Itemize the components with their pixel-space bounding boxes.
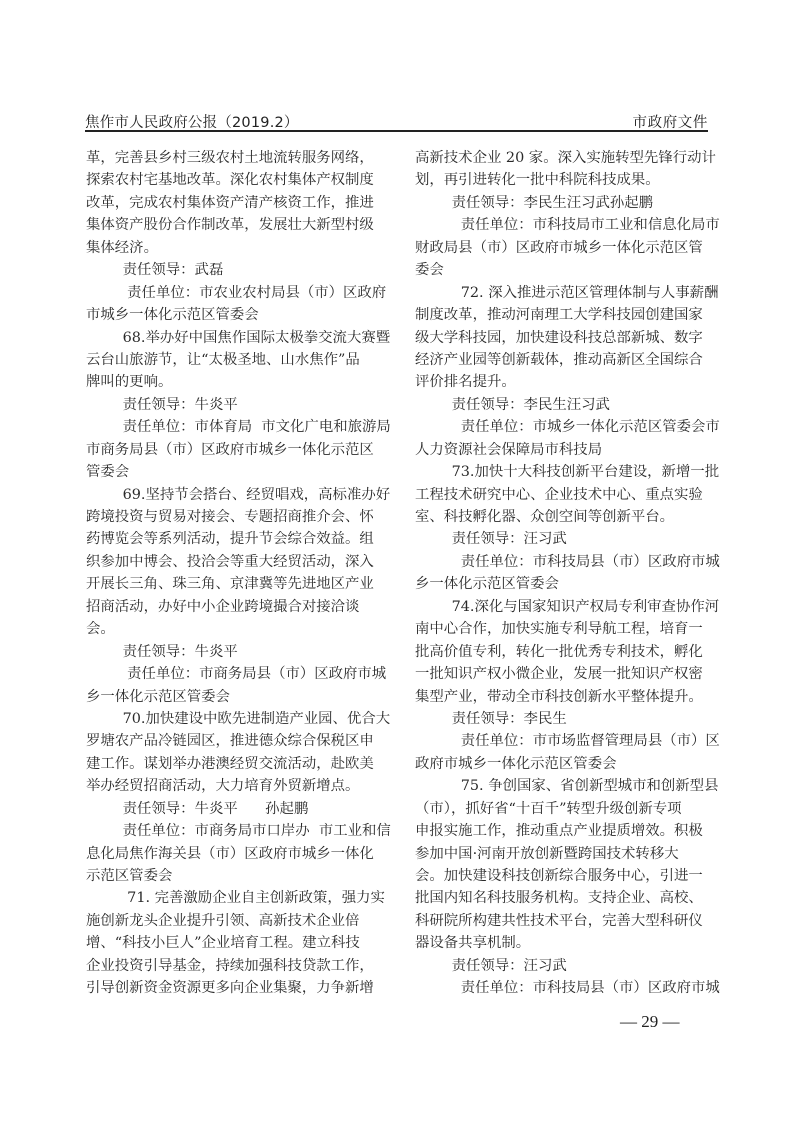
text-line: 经济产业园等创新载体，推动高新区全国综合 — [415, 349, 711, 371]
text-line: 牌叫的更响。 — [86, 371, 382, 393]
running-header: 焦作市人民政府公报（2019.2） 市政府文件 — [85, 108, 708, 130]
text-line: 参加中国·河南开放创新暨跨国技术转移大 — [415, 843, 711, 865]
text-line: 南中心合作，加快实施专利导航工程，培育一 — [415, 618, 711, 640]
text-line: 责任单位：市科技局市工业和信息化局市 — [415, 214, 711, 236]
text-line: 责任单位：市城乡一体化示范区管委会市 — [415, 416, 711, 438]
text-line: 责任单位：市市场监督管理局县（市）区 — [415, 730, 711, 752]
text-line: 器设备共享机制。 — [415, 932, 711, 954]
text-line: 革，完善县乡村三级农村土地流转服务网络， — [86, 147, 382, 169]
text-line: 70.加快建设中欧先进制造产业园、优合大 — [86, 708, 382, 730]
text-line: 开展长三角、珠三角、京津冀等先进地区产业 — [86, 573, 382, 595]
text-line: 责任单位：市体育局 市文化广电和旅游局 — [86, 416, 382, 438]
text-line: 责任单位：市科技局县（市）区政府市城 — [415, 551, 711, 573]
text-line: 责任领导：汪习武 — [415, 955, 711, 977]
text-line: 委会 — [415, 259, 711, 281]
text-line: 施创新龙头企业提升引领、高新技术企业倍 — [86, 910, 382, 932]
text-line: 责任领导：牛炎平 孙起鹏 — [86, 798, 382, 820]
text-line: 73.加快十大科技创新平台建设，新增一批 — [415, 461, 711, 483]
text-line: 责任领导：牛炎平 — [86, 641, 382, 663]
text-line: 探索农村宅基地改革。深化农村集体产权制度 — [86, 169, 382, 191]
text-line: 责任领导：牛炎平 — [86, 394, 382, 416]
text-line: 责任单位：市农业农村局县（市）区政府 — [86, 282, 382, 304]
text-line: 工程技术研究中心、企业技术中心、重点实验 — [415, 484, 711, 506]
text-line: 招商活动，办好中小企业跨境撮合对接洽谈 — [86, 596, 382, 618]
text-line: 责任领导：武磊 — [86, 259, 382, 281]
text-line: 建工作。谋划举办港澳经贸交流活动，赴欧美 — [86, 753, 382, 775]
header-rule — [85, 130, 708, 132]
text-line: 集型产业，带动全市科技创新水平整体提升。 — [415, 686, 711, 708]
text-line: 批国内知名科技服务机构。支持企业、高校、 — [415, 887, 711, 909]
text-line: 市商务局县（市）区政府市城乡一体化示范区 — [86, 439, 382, 461]
text-line: 责任单位：市科技局县（市）区政府市城 — [415, 977, 711, 999]
text-line: 一批知识产权小微企业，发展一批知识产权密 — [415, 663, 711, 685]
text-line: 改革，完成农村集体资产清产核资工作，推进 — [86, 192, 382, 214]
text-line: 制度改革，推动河南理工大学科技园创建国家 — [415, 304, 711, 326]
text-line: 人力资源社会保障局市科技局 — [415, 439, 711, 461]
text-line: 责任领导：汪习武 — [415, 528, 711, 550]
left-column: 革，完善县乡村三级农村土地流转服务网络，探索农村宅基地改革。深化农村集体产权制度… — [86, 147, 382, 1000]
text-line: 举办经贸招商活动，大力培育外贸新增点。 — [86, 775, 382, 797]
text-line: 68.举办好中国焦作国际太极拳交流大赛暨 — [86, 327, 382, 349]
text-line: 评价排名提升。 — [415, 371, 711, 393]
text-line: 管委会 — [86, 461, 382, 483]
text-line: 乡一体化示范区管委会 — [86, 686, 382, 708]
text-line: 69.坚持节会搭台、经贸唱戏，高标准办好 — [86, 484, 382, 506]
text-line: 科研院所构建共性技术平台，完善大型科研仪 — [415, 910, 711, 932]
text-line: 政府市城乡一体化示范区管委会 — [415, 753, 711, 775]
right-column: 高新技术企业 20 家。深入实施转型先锋行动计划，再引进转化一批中科院科技成果。… — [415, 147, 711, 1000]
text-line: 引导创新资金资源更多向企业集聚，力争新增 — [86, 977, 382, 999]
text-line: 示范区管委会 — [86, 865, 382, 887]
text-line: 会。加快建设科技创新综合服务中心，引进一 — [415, 865, 711, 887]
text-line: 划，再引进转化一批中科院科技成果。 — [415, 169, 711, 191]
text-line: 罗塘农产品冷链园区，推进德众综合保税区申 — [86, 730, 382, 752]
text-line: 责任单位：市商务局县（市）区政府市城 — [86, 663, 382, 685]
text-line: 责任领导：李民生汪习武孙起鹏 — [415, 192, 711, 214]
text-line: 室、科技孵化器、众创空间等创新平台。 — [415, 506, 711, 528]
text-line: 责任领导：李民生汪习武 — [415, 394, 711, 416]
text-line: 会。 — [86, 618, 382, 640]
text-line: 乡一体化示范区管委会 — [415, 573, 711, 595]
text-line: 责任领导：李民生 — [415, 708, 711, 730]
text-line: 企业投资引导基金，持续加强科技贷款工作， — [86, 955, 382, 977]
text-line: 息化局焦作海关县（市）区政府市城乡一体化 — [86, 843, 382, 865]
text-line: 71. 完善激励企业自主创新政策，强力实 — [86, 887, 382, 909]
page-number: — 29 — — [620, 1012, 680, 1032]
text-line: （市），抓好省“十百千”转型升级创新专项 — [415, 798, 711, 820]
text-line: 财政局县（市）区政府市城乡一体化示范区管 — [415, 237, 711, 259]
text-line: 级大学科技园，加快建设科技总部新城、数字 — [415, 327, 711, 349]
section-title: 市政府文件 — [633, 111, 709, 132]
text-line: 责任单位：市商务局市口岸办 市工业和信 — [86, 820, 382, 842]
text-line: 72. 深入推进示范区管理体制与人事薪酬 — [415, 282, 711, 304]
text-line: 药博览会等系列活动，提升节会综合效益。组 — [86, 528, 382, 550]
text-line: 市城乡一体化示范区管委会 — [86, 304, 382, 326]
text-line: 集体资产股份合作制改革，发展壮大新型村级 — [86, 214, 382, 236]
text-line: 申报实施工作，推动重点产业提质增效。积极 — [415, 820, 711, 842]
text-line: 云台山旅游节，让“太极圣地、山水焦作”品 — [86, 349, 382, 371]
text-line: 74.深化与国家知识产权局专利审查协作河 — [415, 596, 711, 618]
publication-title: 焦作市人民政府公报（2019.2） — [85, 111, 299, 132]
text-line: 批高价值专利，转化一批优秀专利技术，孵化 — [415, 641, 711, 663]
text-line: 75. 争创国家、省创新型城市和创新型县 — [415, 775, 711, 797]
text-line: 增、“科技小巨人”企业培育工程。建立科技 — [86, 932, 382, 954]
text-line: 织参加中博会、投洽会等重大经贸活动，深入 — [86, 551, 382, 573]
text-line: 跨境投资与贸易对接会、专题招商推介会、怀 — [86, 506, 382, 528]
text-line: 高新技术企业 20 家。深入实施转型先锋行动计 — [415, 147, 711, 169]
text-line: 集体经济。 — [86, 237, 382, 259]
